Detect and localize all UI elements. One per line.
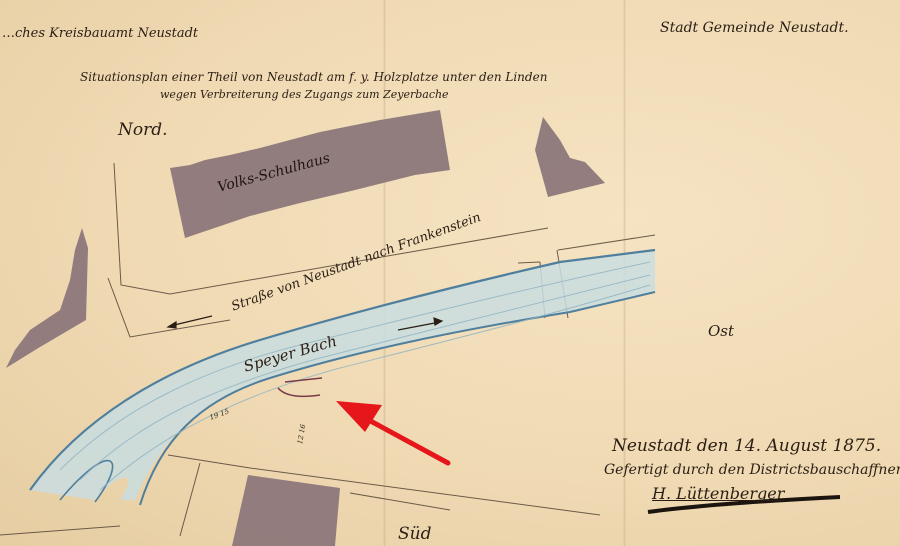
school-building	[170, 110, 450, 238]
compass-east: Ost	[708, 322, 734, 340]
compass-south: Süd	[398, 524, 431, 544]
signature-date: Neustadt den 14. August 1875.	[612, 436, 881, 456]
compass-north: Nord.	[118, 120, 168, 140]
header-right: Stadt Gemeinde Neustadt.	[660, 20, 849, 36]
map-title-line1: Situationsplan einer Theil von Neustadt …	[80, 70, 547, 84]
historic-map: …ches Kreisbauamt Neustadt Stadt Gemeind…	[0, 0, 900, 546]
map-title-line2: wegen Verbreiterung des Zugangs zum Zeye…	[160, 88, 449, 101]
header-left: …ches Kreisbauamt Neustadt	[2, 26, 198, 41]
signature-name: H. Lüttenberger	[652, 484, 784, 503]
speyer-bach	[30, 250, 655, 505]
signature-role: Gefertigt durch den Districtsbauschaffne…	[604, 462, 900, 478]
red-arrow-annotation	[336, 401, 448, 463]
building-northeast	[535, 117, 605, 197]
building-south	[232, 475, 340, 546]
building-west	[6, 228, 88, 368]
